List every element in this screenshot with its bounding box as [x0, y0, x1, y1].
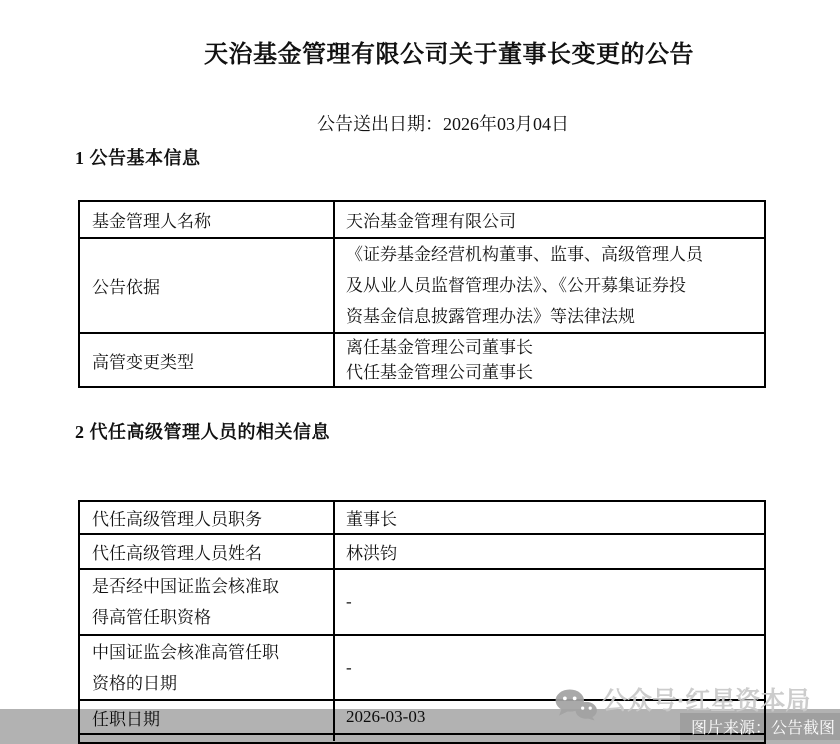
table-row: 基金管理人名称 天治基金管理有限公司 [80, 202, 764, 239]
table-row: 代任高级管理人员姓名 林洪钧 [80, 535, 764, 570]
row-value: 天治基金管理有限公司 [335, 202, 764, 237]
row-label: 中国证监会核准高管任职 资格的日期 [80, 636, 335, 699]
row-value: 林洪钧 [335, 535, 764, 568]
row-value: 离任基金管理公司董事长 代任基金管理公司董事长 [335, 334, 764, 386]
acting-executive-table: 代任高级管理人员职务 董事长 代任高级管理人员姓名 林洪钧 是否经中国证监会核准… [78, 500, 766, 744]
section-1-heading: 1 公告基本信息 [75, 144, 201, 170]
table-row: 是否经中国证监会核准取 得高管任职资格 - [80, 570, 764, 636]
row-label: 基金管理人名称 [80, 202, 335, 237]
row-label: 任职日期 [80, 701, 335, 733]
row-label: 是否经中国证监会核准取 得高管任职资格 [80, 570, 335, 634]
row-label: 代任高级管理人员姓名 [80, 535, 335, 568]
image-source-label: 图片来源：公告截图 [691, 715, 835, 738]
row-label: 高管变更类型 [80, 334, 335, 386]
row-value: 《证券基金经营机构董事、监事、高级管理人员 及从业人员监督管理办法》、《公开募集… [335, 239, 764, 332]
row-label: 公告依据 [80, 239, 335, 332]
table-row: 中国证监会核准高管任职 资格的日期 - [80, 636, 764, 701]
row-label: 代任高级管理人员职务 [80, 502, 335, 533]
page-title: 天治基金管理有限公司关于董事长变更的公告 [204, 34, 694, 69]
basic-info-table: 基金管理人名称 天治基金管理有限公司 公告依据 《证券基金经营机构董事、监事、高… [78, 200, 766, 388]
section-2-heading: 2 代任高级管理人员的相关信息 [75, 418, 330, 444]
row-value: 董事长 [335, 502, 764, 533]
table-row: 高管变更类型 离任基金管理公司董事长 代任基金管理公司董事长 [80, 334, 764, 386]
table-row: 任职日期 2026-03-03 [80, 701, 764, 735]
row-value: - [335, 636, 764, 699]
row-value: - [335, 570, 764, 634]
announcement-date-line: 公告送出日期：2026年03月04日 [317, 110, 569, 136]
row-label [80, 735, 335, 741]
table-row-partial [80, 735, 764, 741]
announcement-screenshot: 天治基金管理有限公司关于董事长变更的公告 公告送出日期：2026年03月04日 … [0, 0, 840, 744]
table-row: 代任高级管理人员职务 董事长 [80, 502, 764, 535]
table-row: 公告依据 《证券基金经营机构董事、监事、高级管理人员 及从业人员监督管理办法》、… [80, 239, 764, 334]
